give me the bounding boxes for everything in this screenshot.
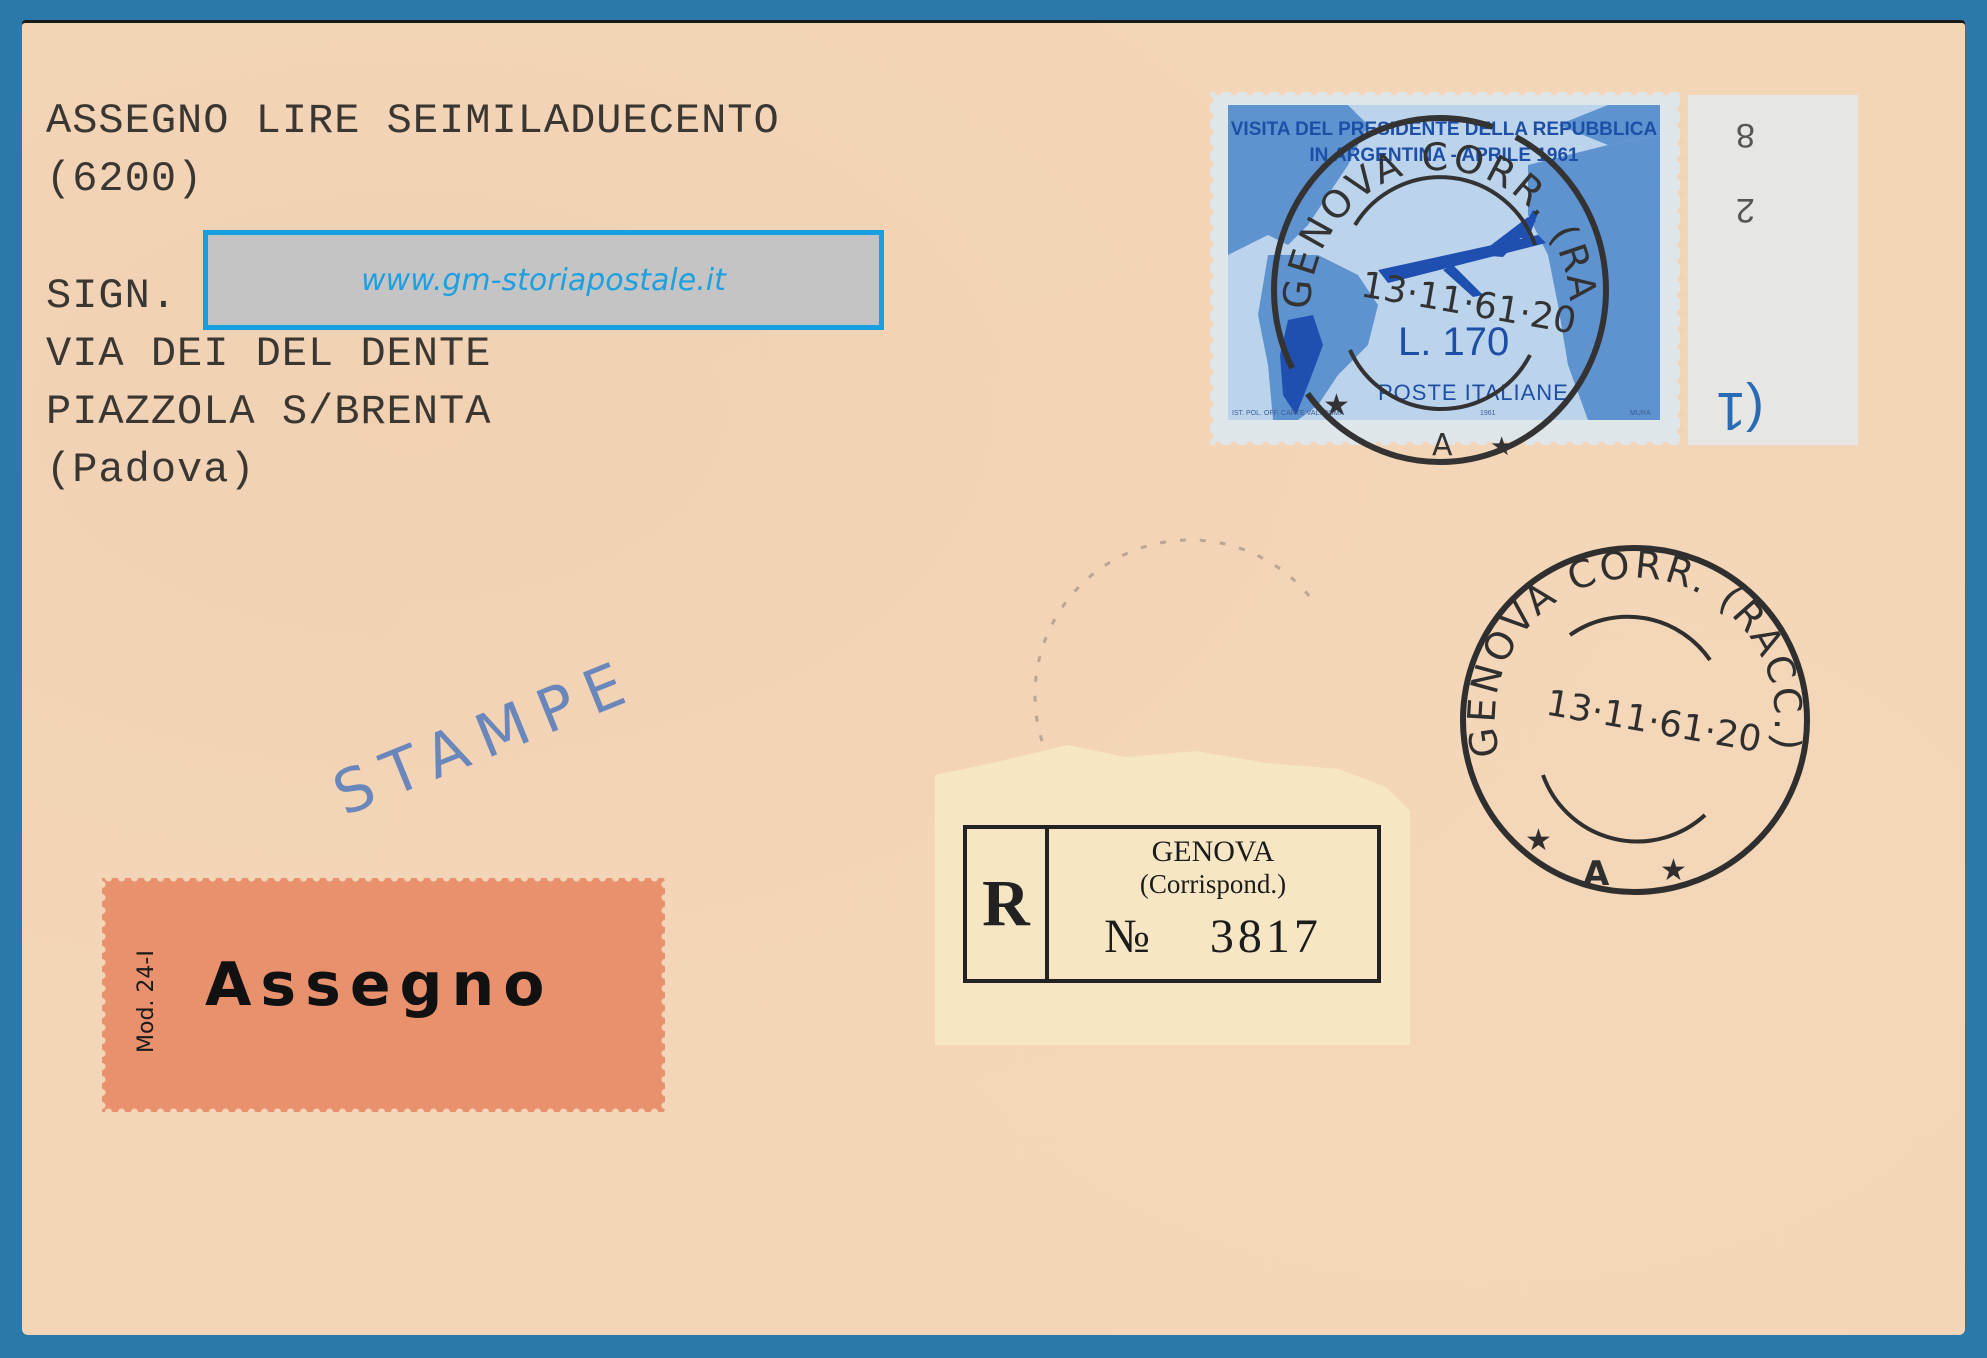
postage-stamp: VISITA DEL PRESIDENTE DELLA REPUBBLICA I… [1210,92,1858,445]
typed-amount-line: ASSEGNO LIRE SEIMILADUECENTO [46,100,780,142]
registration-number: 3817 [1210,910,1322,963]
stamp-value: L. 170 [1398,320,1509,365]
typed-town: PIAZZOLA S/BRENTA [46,391,491,433]
typed-street: VIA DEI DEL DENTE [46,333,491,375]
stamp-imprint-mid: 1961 [1480,410,1496,417]
stamp-title-2: IN ARGENTINA - APRILE 1961 [1228,145,1660,167]
typed-amount-digits: (6200) [46,158,203,200]
typed-province: (Padova) [46,449,256,491]
watermark-text: www.gm-storiapostale.it [361,263,726,298]
registration-label: R GENOVA (Corrispond.) № 3817 [963,825,1381,983]
stamp-imprint-left: IST. POL. OFF. CARTE VAL. ROMA [1232,410,1344,417]
registration-number-prefix: № [1104,910,1154,963]
stamp-country: POSTE ITALIANE [1378,380,1569,406]
registration-office: GENOVA [1049,835,1377,869]
cod-model-number: Mod. 24-I [134,950,159,1053]
watermark-box: www.gm-storiapostale.it [203,230,884,330]
margin-mark: (1 [1716,380,1764,442]
sheet-margin: 8 2 (1 [1688,95,1858,445]
registration-letter: R [967,829,1049,979]
margin-number-2: 2 [1736,190,1755,229]
perforation-right [1676,100,1686,440]
stamp-paper: VISITA DEL PRESIDENTE DELLA REPUBBLICA I… [1210,92,1680,445]
margin-number-1: 8 [1736,115,1755,154]
perforation-top [1210,88,1680,96]
perforation-left [1206,92,1214,445]
stamp-imprint-right: MURA [1630,410,1651,417]
registration-number-row: № 3817 [1049,909,1377,964]
typed-recipient: SIGN. [46,275,177,317]
stamp-title-1: VISITA DEL PRESIDENTE DELLA REPUBBLICA [1228,119,1660,141]
stamp-design: VISITA DEL PRESIDENTE DELLA REPUBBLICA I… [1228,105,1660,420]
cod-label-text: Assegno [205,950,553,1020]
cod-label: Mod. 24-I Assegno [102,878,665,1112]
perforation-bottom [1210,441,1680,449]
registration-branch: (Corrispond.) [1049,869,1377,900]
